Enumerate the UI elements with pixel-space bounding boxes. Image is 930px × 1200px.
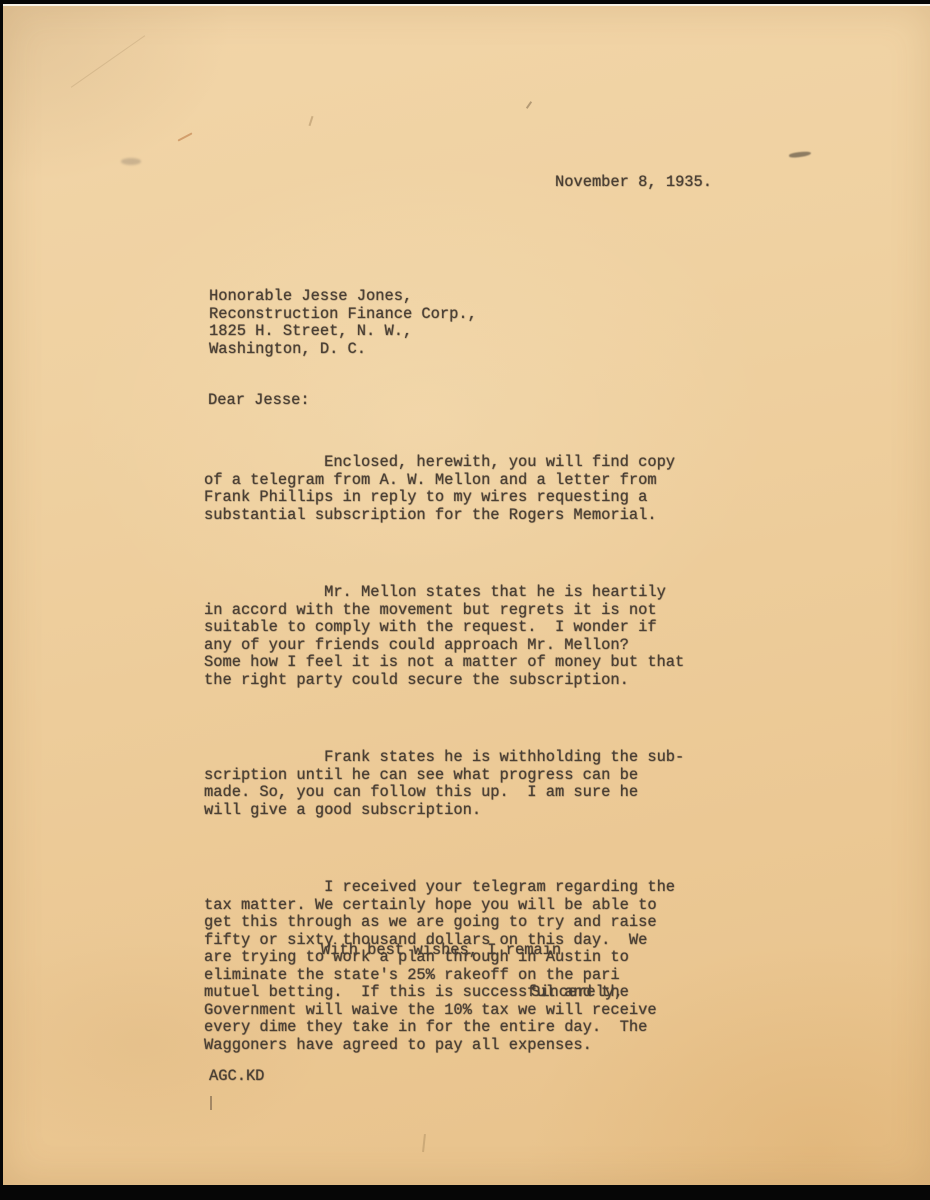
scan-artifact-smudge	[121, 158, 141, 165]
scan-artifact-fold-line	[71, 35, 145, 87]
recipient-address: Honorable Jesse Jones, Reconstruction Fi…	[209, 288, 477, 358]
letter-page: November 8, 1935. Honorable Jesse Jones,…	[3, 4, 930, 1185]
letter-paragraph: Mr. Mellon states that he is heartily in…	[204, 584, 724, 689]
scan-artifact-scratch	[177, 132, 192, 141]
closing-line: With best wishes, I remain	[321, 942, 561, 960]
typist-initials: AGC.KD	[209, 1068, 264, 1086]
letter-date: November 8, 1935.	[555, 174, 712, 192]
letter-paragraph: I received your telegram regarding the t…	[204, 879, 724, 1054]
salutation: Dear Jesse:	[208, 392, 310, 410]
scan-background: { "letter": { "date": "November 8, 1935.…	[0, 0, 930, 1200]
scan-artifact-scratch	[422, 1134, 425, 1152]
scan-artifact-speck	[526, 101, 532, 109]
scan-artifact-squiggle	[789, 150, 811, 158]
signoff: Sincerely,	[531, 984, 623, 1002]
letter-paragraph: Enclosed, herewith, you will find copy o…	[204, 454, 724, 524]
scan-artifact-speck	[309, 116, 314, 126]
letter-body: Enclosed, herewith, you will find copy o…	[204, 419, 724, 1114]
letter-paragraph: Frank states he is withholding the sub- …	[204, 749, 724, 819]
